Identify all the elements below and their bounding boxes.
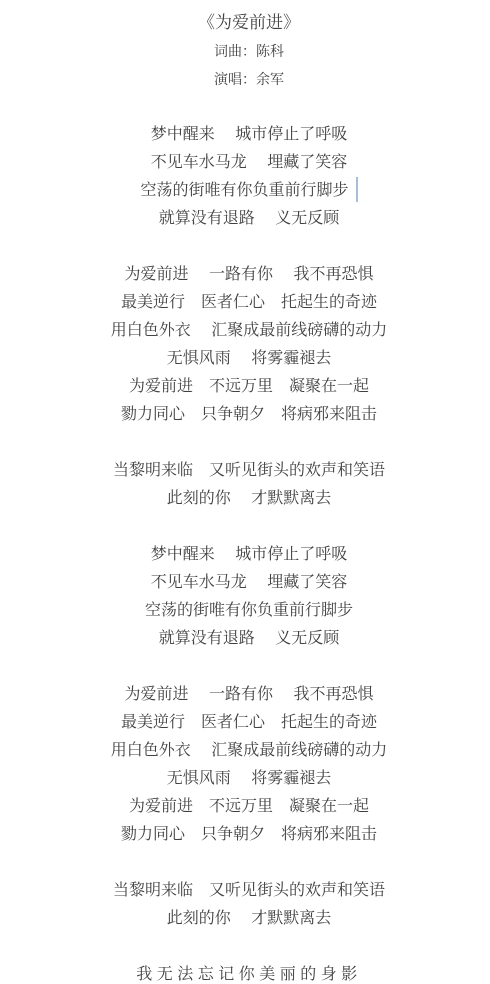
credit-composer[interactable]: 词曲：陈科 (8, 37, 490, 65)
lyric-line[interactable]: 空荡的街唯有你负重前行脚步 (8, 597, 490, 625)
text-caret (356, 177, 358, 202)
lyric-line[interactable]: 为爱前进 一路有你 我不再恐惧 (8, 681, 490, 709)
lyric-line[interactable]: 用白色外衣 汇聚成最前线磅礴的动力 (8, 317, 490, 345)
stanza: 当黎明来临 又听见街头的欢声和笑语此刻的你 才默默离去 (8, 877, 490, 933)
song-header: 《为爱前进》 词曲：陈科 演唱：余军 (8, 9, 490, 93)
lyric-line[interactable]: 我无法忘记你美丽的身影 (8, 961, 490, 984)
lyric-line[interactable]: 为爱前进 一路有你 我不再恐惧 (8, 261, 490, 289)
credit-singer[interactable]: 演唱：余军 (8, 65, 490, 93)
lyric-line[interactable]: 无惧风雨 将雾霾褪去 (8, 765, 490, 793)
lyric-line[interactable]: 此刻的你 才默默离去 (8, 905, 490, 933)
lyric-line[interactable]: 就算没有退路 义无反顾 (8, 205, 490, 233)
lyric-line[interactable]: 就算没有退路 义无反顾 (8, 625, 490, 653)
lyric-line[interactable]: 梦中醒来 城市停止了呼吸 (8, 541, 490, 569)
lyric-line[interactable]: 为爱前进 不远万里 凝聚在一起 (8, 793, 490, 821)
lyric-line[interactable]: 最美逆行 医者仁心 托起生的奇迹 (8, 709, 490, 737)
stanza: 当黎明来临 又听见街头的欢声和笑语此刻的你 才默默离去 (8, 457, 490, 513)
lyric-line[interactable]: 最美逆行 医者仁心 托起生的奇迹 (8, 289, 490, 317)
stanza: 为爱前进 一路有你 我不再恐惧最美逆行 医者仁心 托起生的奇迹用白色外衣 汇聚成… (8, 681, 490, 849)
lyric-line[interactable]: 用白色外衣 汇聚成最前线磅礴的动力 (8, 737, 490, 765)
lyric-line[interactable]: 勠力同心 只争朝夕 将病邪来阻击 (8, 821, 490, 849)
song-title[interactable]: 《为爱前进》 (8, 9, 490, 37)
lyric-line[interactable]: 不见车水马龙 埋藏了笑容 (8, 149, 490, 177)
stanza: 梦中醒来 城市停止了呼吸不见车水马龙 埋藏了笑容空荡的街唯有你负重前行脚步就算没… (8, 541, 490, 653)
lyrics-body: 梦中醒来 城市停止了呼吸不见车水马龙 埋藏了笑容空荡的街唯有你负重前行脚步就算没… (8, 121, 490, 933)
lyric-line[interactable]: 空荡的街唯有你负重前行脚步 (8, 177, 490, 205)
stanza: 为爱前进 一路有你 我不再恐惧最美逆行 医者仁心 托起生的奇迹用白色外衣 汇聚成… (8, 261, 490, 429)
lyric-line[interactable]: 勠力同心 只争朝夕 将病邪来阻击 (8, 401, 490, 429)
lyrics-document[interactable]: 《为爱前进》 词曲：陈科 演唱：余军 梦中醒来 城市停止了呼吸不见车水马龙 埋藏… (0, 0, 490, 984)
lyric-line[interactable]: 无惧风雨 将雾霾褪去 (8, 345, 490, 373)
lyric-line[interactable]: 为爱前进 不远万里 凝聚在一起 (8, 373, 490, 401)
lyric-line[interactable]: 梦中醒来 城市停止了呼吸 (8, 121, 490, 149)
lyric-line[interactable]: 此刻的你 才默默离去 (8, 485, 490, 513)
lyric-line[interactable]: 当黎明来临 又听见街头的欢声和笑语 (8, 457, 490, 485)
outro-stanza: 我无法忘记你美丽的身影 (8, 961, 490, 984)
lyric-line[interactable]: 当黎明来临 又听见街头的欢声和笑语 (8, 877, 490, 905)
lyric-line[interactable]: 不见车水马龙 埋藏了笑容 (8, 569, 490, 597)
stanza: 梦中醒来 城市停止了呼吸不见车水马龙 埋藏了笑容空荡的街唯有你负重前行脚步就算没… (8, 121, 490, 233)
